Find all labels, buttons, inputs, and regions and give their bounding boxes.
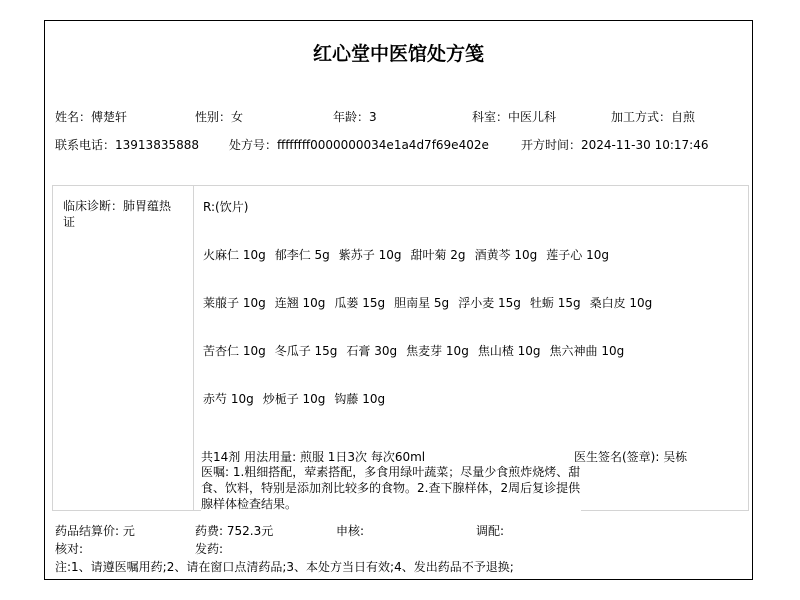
herb-item: 火麻仁 10g	[203, 248, 266, 262]
herb-item: 胆南星 5g	[394, 296, 449, 310]
doctor-signature: 医生签名(签章): 吴栋	[574, 448, 687, 465]
herb-item: 牡蛎 15g	[530, 296, 581, 310]
rx-header: R:(饮片)	[203, 198, 248, 215]
patient-gender: 性别：女	[195, 110, 243, 124]
herb-item: 瓜蒌 15g	[334, 296, 385, 310]
herb-item: 焦六神曲 10g	[550, 344, 625, 358]
herb-item: 紫苏子 10g	[339, 248, 402, 262]
dispense-field: 调配:	[476, 524, 504, 538]
herb-item: 钩藤 10g	[334, 392, 385, 406]
processing-value: 自煎	[671, 110, 695, 124]
herb-item: 浮小麦 15g	[458, 296, 521, 310]
patient-gender-value: 女	[231, 110, 243, 124]
rx-no-label: 处方号：	[229, 138, 277, 152]
prescription-sheet: 红心堂中医馆处方笺 姓名：傅楚轩 性别：女 年龄：3 科室：中医儿科 加工方式：…	[44, 20, 753, 580]
herb-item: 酒黄芩 10g	[475, 248, 538, 262]
review-field: 申核:	[336, 524, 364, 538]
rx-time-value: 2024-11-30 10:17:46	[581, 138, 708, 152]
issue-field: 发药:	[195, 542, 223, 556]
settle-value: 元	[123, 524, 135, 538]
processing-method: 加工方式：自煎	[611, 110, 695, 124]
department-value: 中医儿科	[508, 110, 556, 124]
doctor-name: 吴栋	[663, 450, 687, 464]
medical-advice: 医嘱: 1.粗细搭配，荤素搭配，多食用绿叶蔬菜；尽量少食煎炸烧烤、甜食、饮料，特…	[201, 464, 581, 512]
herb-row: 苦杏仁 10g冬瓜子 15g石膏 30g焦麦芽 10g焦山楂 10g焦六神曲 1…	[203, 342, 633, 359]
patient-name-label: 姓名：	[55, 110, 91, 124]
herb-item: 炒栀子 10g	[263, 392, 326, 406]
herb-item: 莱菔子 10g	[203, 296, 266, 310]
patient-age-label: 年龄：	[333, 110, 369, 124]
herb-item: 赤芍 10g	[203, 392, 254, 406]
fee-label: 药费:	[195, 524, 227, 538]
herb-item: 苦杏仁 10g	[203, 344, 266, 358]
department: 科室：中医儿科	[472, 110, 556, 124]
column-divider	[193, 186, 194, 510]
patient-age-value: 3	[369, 110, 377, 124]
phone: 联系电话：13913835888	[55, 138, 199, 152]
diagnosis-label: 临床诊断：	[63, 199, 123, 213]
rx-no-value: ffffffff0000000034e1a4d7f69e402e	[277, 138, 489, 152]
department-label: 科室：	[472, 110, 508, 124]
fee-value: 752.3元	[227, 524, 273, 538]
herb-item: 石膏 30g	[346, 344, 397, 358]
herb-item: 连翘 10g	[275, 296, 326, 310]
prescription-time: 开方时间：2024-11-30 10:17:46	[521, 138, 708, 152]
usage-instructions: 共14剂 用法用量: 煎服 1日3次 每次60ml	[201, 448, 425, 465]
herb-item: 桑白皮 10g	[590, 296, 653, 310]
settlement-price: 药品结算价: 元	[55, 524, 135, 538]
herb-item: 焦麦芽 10g	[406, 344, 469, 358]
prescription-number: 处方号：ffffffff0000000034e1a4d7f69e402e	[229, 138, 489, 152]
page-title: 红心堂中医馆处方笺	[45, 39, 752, 66]
check-field: 核对:	[55, 542, 83, 556]
doctor-label: 医生签名(签章):	[574, 450, 663, 464]
advice-text: 1.粗细搭配，荤素搭配，多食用绿叶蔬菜；尽量少食煎炸烧烤、甜食、饮料，特别是添加…	[201, 465, 580, 511]
patient-name-value: 傅楚轩	[91, 110, 127, 124]
herb-item: 郁李仁 5g	[275, 248, 330, 262]
footer-note: 注:1、请遵医嘱用药;2、请在窗口点清药品;3、本处方当日有效;4、发出药品不予…	[55, 560, 514, 574]
clinical-diagnosis: 临床诊断：肺胃蕴热证	[63, 198, 183, 230]
advice-label: 医嘱:	[201, 465, 233, 479]
phone-value: 13913835888	[115, 138, 199, 152]
rx-time-label: 开方时间：	[521, 138, 581, 152]
herb-item: 莲子心 10g	[546, 248, 609, 262]
herb-row: 莱菔子 10g连翘 10g瓜蒌 15g胆南星 5g浮小麦 15g牡蛎 15g桑白…	[203, 294, 661, 311]
processing-label: 加工方式：	[611, 110, 671, 124]
settle-label: 药品结算价:	[55, 524, 123, 538]
herb-item: 甜叶菊 2g	[410, 248, 465, 262]
prescription-body: 临床诊断：肺胃蕴热证 R:(饮片) 火麻仁 10g郁李仁 5g紫苏子 10g甜叶…	[52, 185, 749, 511]
herb-item: 焦山楂 10g	[478, 344, 541, 358]
herb-row: 赤芍 10g炒栀子 10g钩藤 10g	[203, 390, 394, 407]
drug-fee: 药费: 752.3元	[195, 524, 273, 538]
phone-label: 联系电话：	[55, 138, 115, 152]
herb-row: 火麻仁 10g郁李仁 5g紫苏子 10g甜叶菊 2g酒黄芩 10g莲子心 10g	[203, 246, 618, 263]
patient-age: 年龄：3	[333, 110, 377, 124]
patient-gender-label: 性别：	[195, 110, 231, 124]
patient-name: 姓名：傅楚轩	[55, 110, 127, 124]
herb-item: 冬瓜子 15g	[275, 344, 338, 358]
